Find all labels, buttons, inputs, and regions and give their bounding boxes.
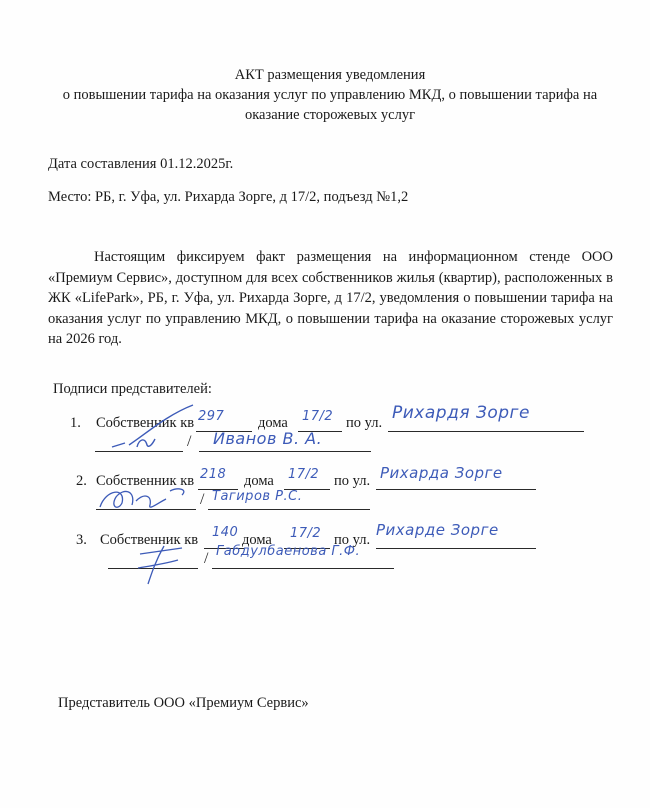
representative-line: Представитель ООО «Премиум Сервис» xyxy=(58,695,309,712)
signature-row-1: / Иванов В. А. xyxy=(95,433,515,453)
owner-number: 3. xyxy=(76,530,87,550)
house-value: 17/2 xyxy=(288,465,319,485)
owner-name: Иванов В. А. xyxy=(213,429,322,448)
separator: / xyxy=(200,491,204,509)
signature-row-3: / Габдулбаенова Г.Ф. xyxy=(108,550,468,570)
house-value: 17/2 xyxy=(302,407,333,427)
apartment-value: 140 xyxy=(212,523,238,543)
title-line-3: оказание сторожевых услуг xyxy=(40,105,620,125)
owner-number: 1. xyxy=(70,413,81,433)
street-value: Рихарде Зорге xyxy=(376,520,499,540)
separator: / xyxy=(187,433,191,451)
street-label: по ул. xyxy=(334,471,370,491)
document-title: АКТ размещения уведомления о повышении т… xyxy=(40,65,620,125)
signatures-heading: Подписи представителей: xyxy=(53,381,212,398)
title-line-2: о повышении тарифа на оказания услуг по … xyxy=(40,85,620,105)
house-label: дома xyxy=(244,471,274,491)
signature-scribble-icon xyxy=(96,481,196,515)
signature-scribble-icon xyxy=(134,538,194,588)
apartment-value: 297 xyxy=(198,407,224,427)
owner-name: Тагиров Р.С. xyxy=(212,489,302,504)
house-value: 17/2 xyxy=(290,524,321,544)
street-label: по ул. xyxy=(346,413,382,433)
signature-row-2: / Тагиров Р.С. xyxy=(96,491,376,511)
separator: / xyxy=(204,550,208,568)
title-line-1: АКТ размещения уведомления xyxy=(40,65,620,85)
body-paragraph: Настоящим фиксируем факт размещения на и… xyxy=(48,247,613,350)
street-value: Рихардя Зорге xyxy=(392,403,530,423)
apartment-value: 218 xyxy=(200,465,226,485)
document-page: АКТ размещения уведомления о повышении т… xyxy=(0,0,650,808)
owner-name: Габдулбаенова Г.Ф. xyxy=(216,544,360,559)
signature-scribble-icon xyxy=(107,403,197,453)
owner-number: 2. xyxy=(76,471,87,491)
date-line: Дата составления 01.12.2025г. xyxy=(48,156,233,173)
place-line: Место: РБ, г. Уфа, ул. Рихарда Зорге, д … xyxy=(48,189,408,206)
street-value: Рихарда Зорге xyxy=(380,463,503,483)
